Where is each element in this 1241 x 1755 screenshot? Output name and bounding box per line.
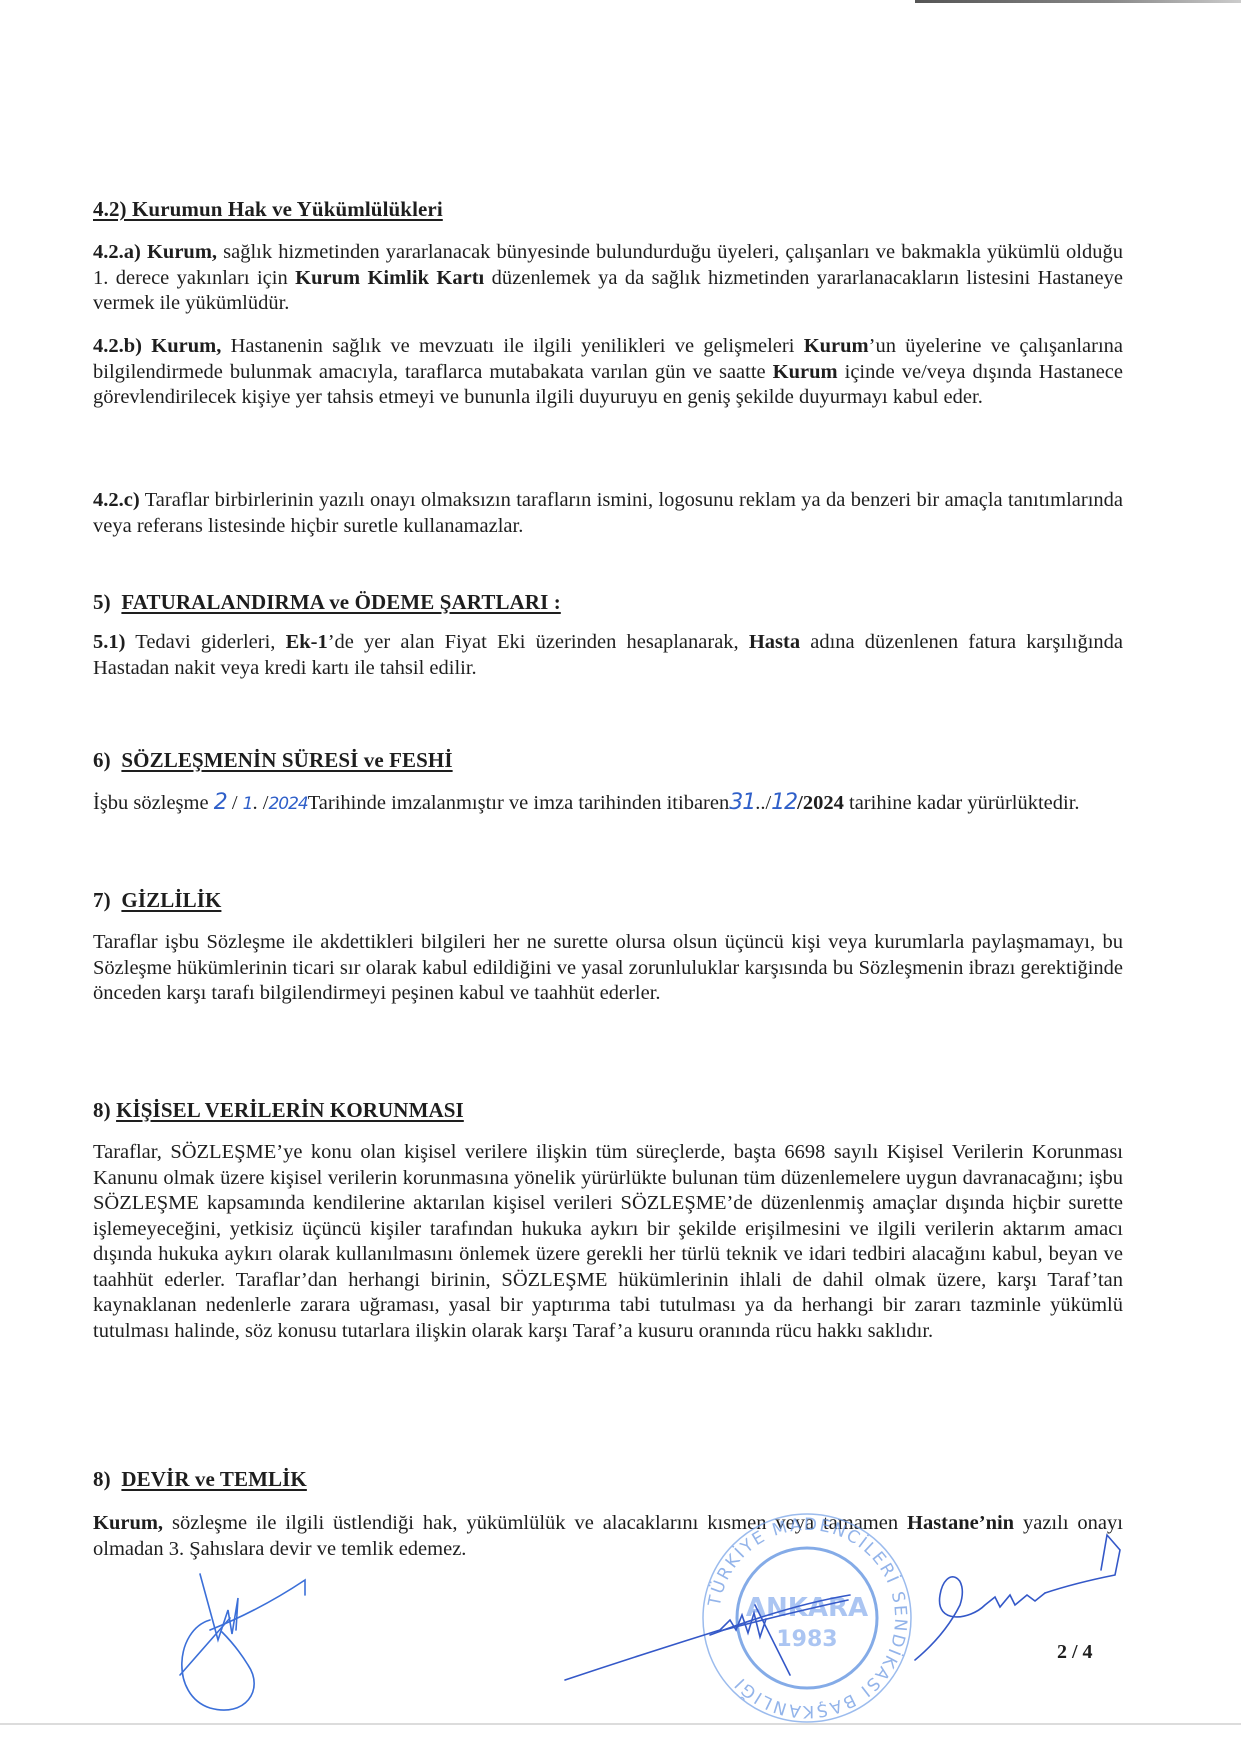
end-year: /2024 <box>797 792 844 814</box>
clause-label: 4.2.c) <box>93 489 140 511</box>
section-5-heading: 5) FATURALANDIRMA ve ÖDEME ŞARTLARI : <box>93 590 1123 615</box>
clause-4-2-b: 4.2.b) Kurum, Hastanenin sağlık ve mevzu… <box>93 334 1123 411</box>
section-6-heading: 6) SÖZLEŞMENİN SÜRESİ ve FESHİ <box>93 748 1123 773</box>
section-8-data-protection-heading: 8) KİŞİSEL VERİLERİN KORUNMASI <box>93 1098 1123 1123</box>
handwritten-sign-year: 2024 <box>268 794 307 814</box>
clause-label: 5.1) <box>93 631 125 653</box>
scan-bottom-edge <box>0 1723 1241 1725</box>
handwritten-end-day: 31 <box>729 790 755 815</box>
section-4-2-heading: 4.2) Kurumun Hak ve Yükümlülükleri <box>93 197 1123 222</box>
center-signature <box>560 1575 850 1685</box>
right-signature <box>915 1535 1125 1665</box>
data-protection-paragraph: Taraflar, SÖZLEŞME’ye konu olan kişisel … <box>93 1140 1123 1344</box>
section-7-heading: 7) GİZLİLİK <box>93 888 1123 913</box>
confidentiality-paragraph: Taraflar işbu Sözleşme ile akdettikleri … <box>93 930 1123 1007</box>
handwritten-sign-day: 2 <box>214 790 227 815</box>
contract-duration-paragraph: İşbu sözleşme 2 / 1. /2024Tarihinde imza… <box>93 790 1123 818</box>
section-8-transfer-heading: 8) DEVİR ve TEMLİK <box>93 1467 1123 1492</box>
clause-4-2-c: 4.2.c) Taraflar birbirlerinin yazılı ona… <box>93 488 1123 539</box>
clause-label: 4.2.b) <box>93 335 142 357</box>
clause-label: 4.2.a) <box>93 241 141 263</box>
handwritten-end-month: 12 <box>771 790 797 815</box>
left-signature <box>170 1570 310 1720</box>
page-number: 2 / 4 <box>1057 1641 1093 1664</box>
clause-4-2-a: 4.2.a) Kurum, sağlık hizmetinden yararla… <box>93 240 1123 317</box>
clause-5-1: 5.1) Tedavi giderleri, Ek-1’de yer alan … <box>93 630 1123 681</box>
scan-edge-line <box>915 0 1241 3</box>
handwritten-sign-month: 1 <box>243 794 253 814</box>
